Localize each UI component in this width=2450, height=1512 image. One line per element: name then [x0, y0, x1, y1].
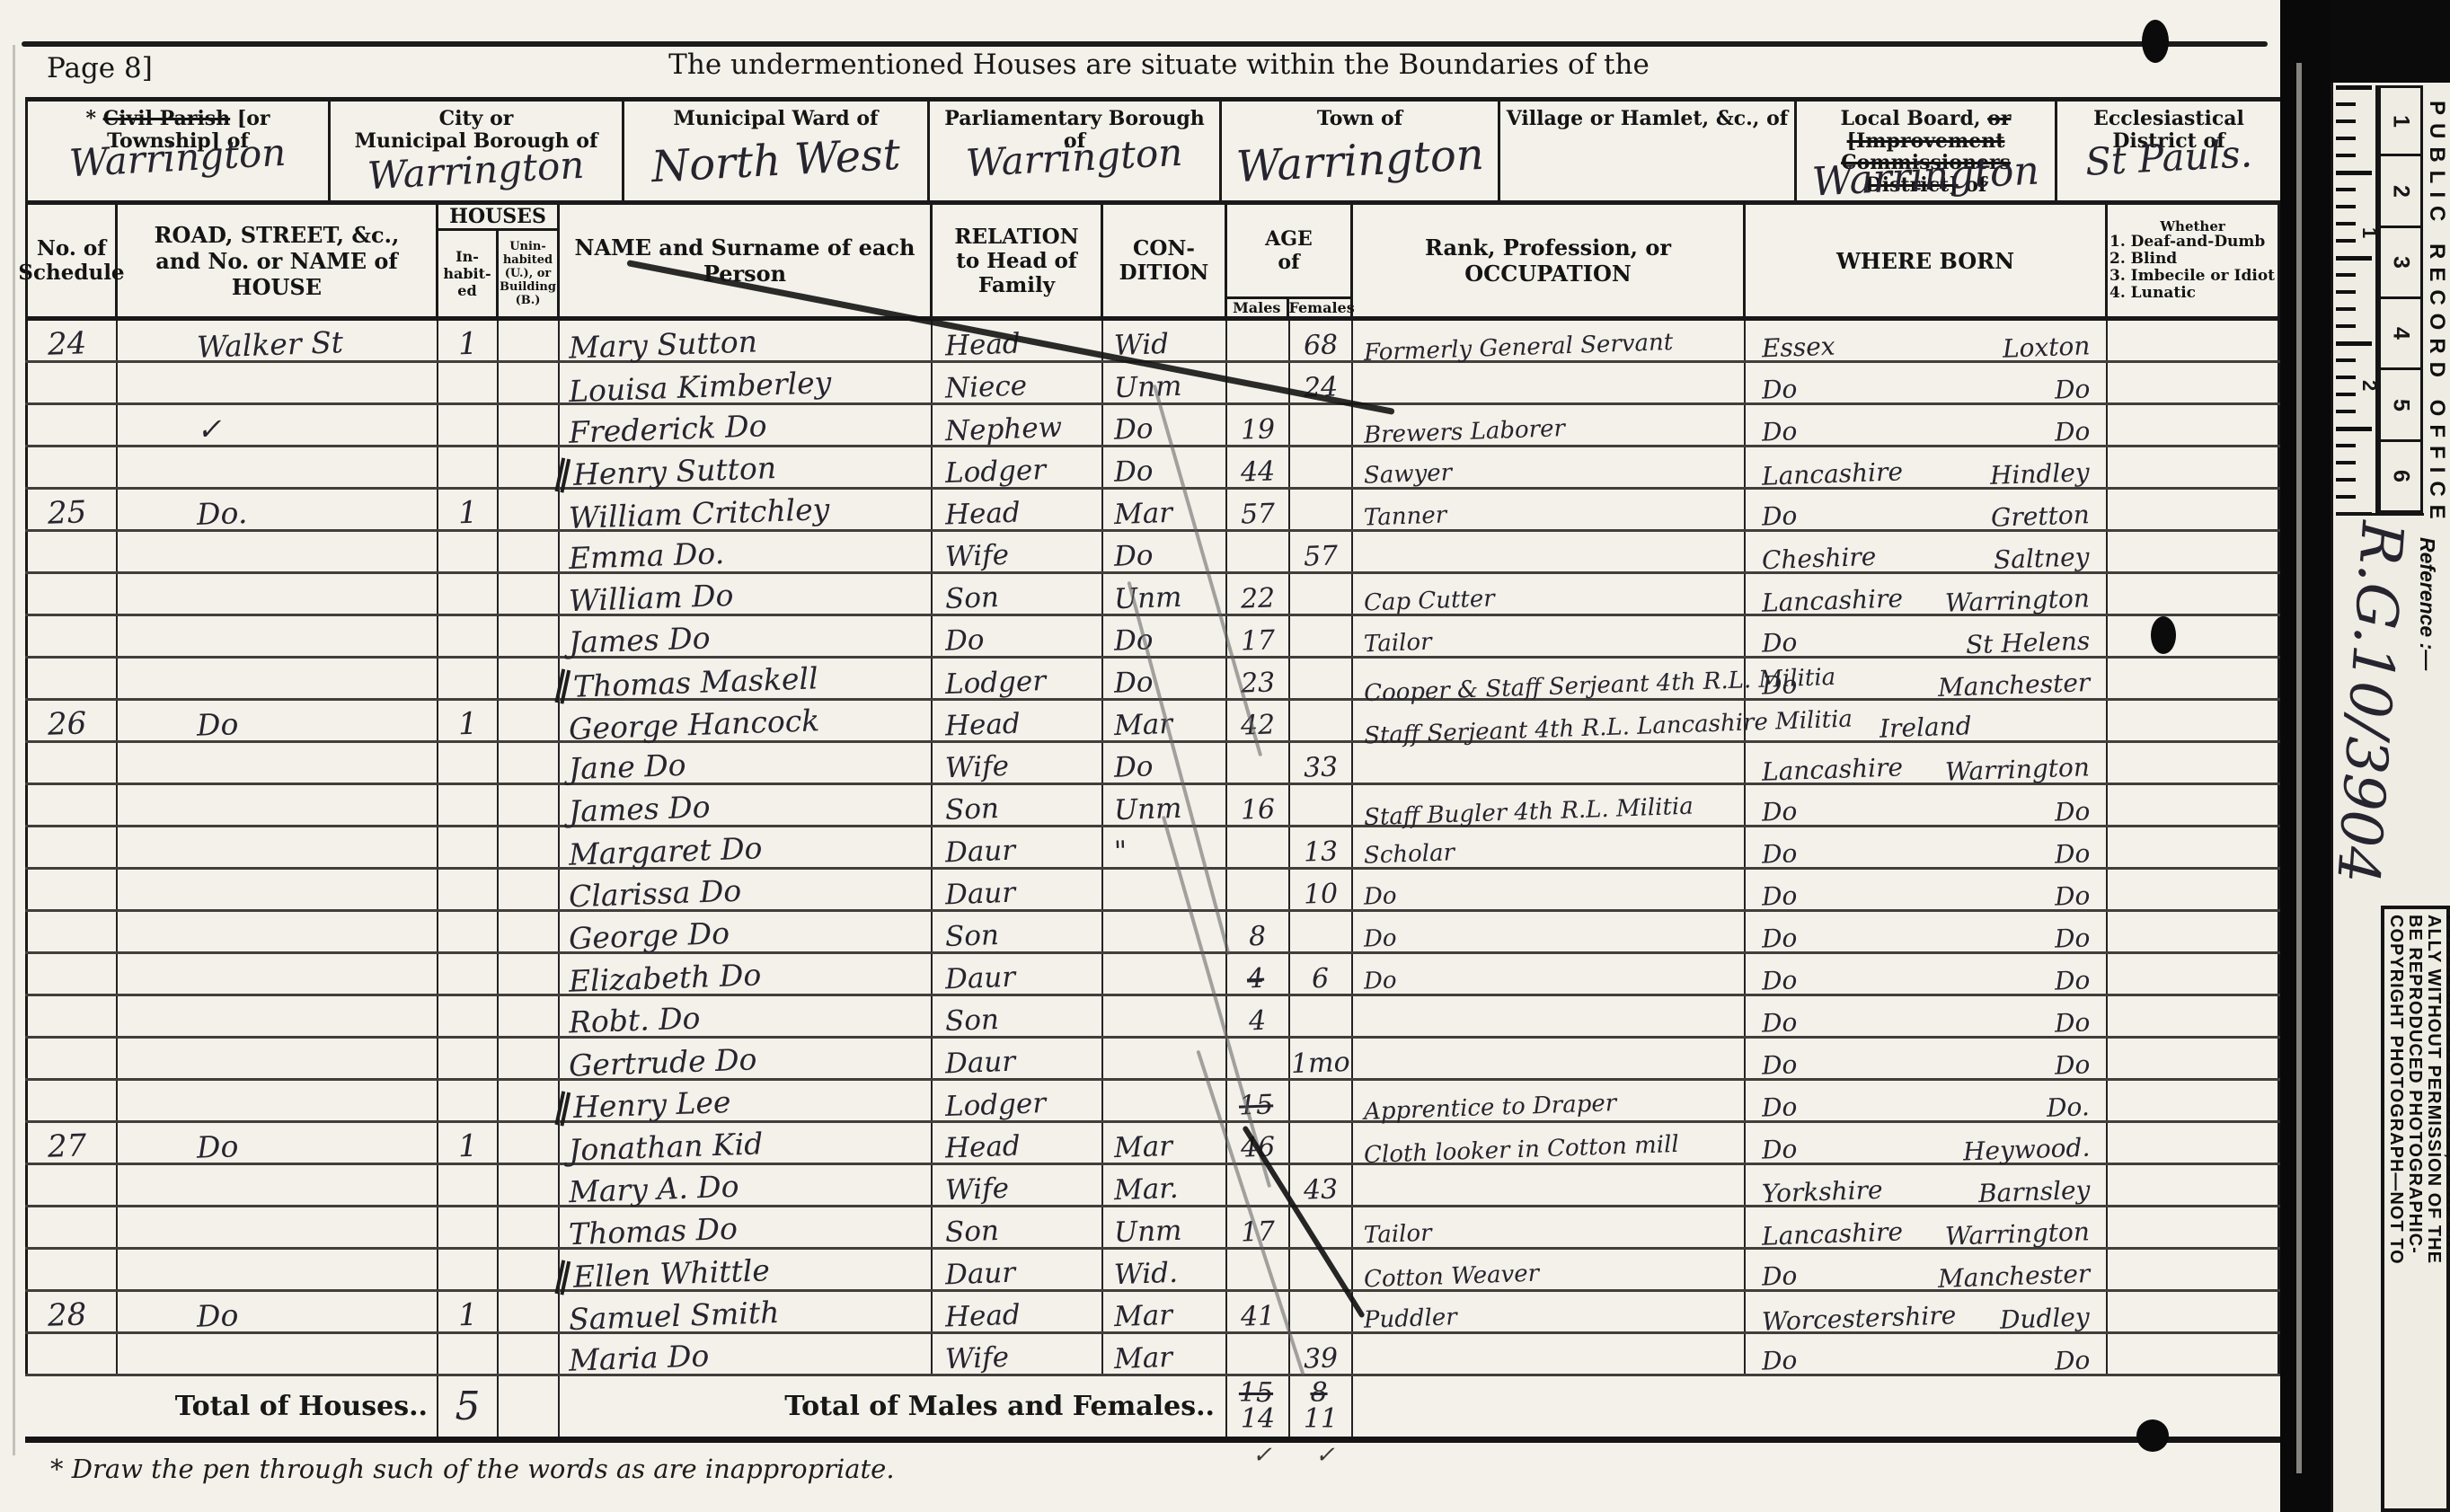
cell-relation: Wife [933, 1165, 1103, 1205]
cell-condition: Do [1103, 447, 1227, 487]
cell-age-females: 1mo [1290, 1039, 1353, 1078]
cell-uninhabited [499, 405, 560, 445]
cell-born: EssexLoxton [1746, 321, 2108, 360]
cell-schedule: 25 [25, 490, 118, 529]
cell-condition: Do [1103, 659, 1227, 698]
cell-name: William Do [560, 574, 933, 614]
cell-uninhabited [499, 532, 560, 571]
total-houses-label: Total of Houses.. [118, 1376, 438, 1437]
cell-born: LancashireWarrington [1746, 1207, 2108, 1247]
cell-inhabited [438, 1081, 499, 1120]
cell-name: George Hancock [560, 701, 933, 740]
cell-blank [25, 1376, 118, 1437]
cell-road [118, 1081, 438, 1120]
cell-relation: Son [933, 1207, 1103, 1247]
cell-inhabited [438, 785, 499, 825]
cell-age-females [1290, 996, 1353, 1036]
form-title: The undermentioned Houses are situate wi… [575, 49, 1743, 81]
cell-infirmity [2108, 954, 2280, 994]
cell-condition: Mar [1103, 1334, 1227, 1374]
cell-occupation [1353, 743, 1746, 783]
cell-road [118, 1039, 438, 1078]
cell-condition: Do [1103, 743, 1227, 783]
col-header-born: WHERE BORN [1746, 205, 2108, 316]
cell-relation: Do [933, 616, 1103, 656]
cell-name: Frederick Do [560, 405, 933, 445]
cell-age-males: 4 [1227, 954, 1290, 994]
cell-schedule [25, 912, 118, 951]
cell-age-females [1290, 616, 1353, 656]
cell-schedule [25, 659, 118, 698]
cell-relation: Head [933, 701, 1103, 740]
cell-age-males [1227, 532, 1290, 571]
ruler-inches: 1 2 3 4 5 6 [2378, 85, 2423, 513]
total-males-females-label: Total of Males and Females.. [560, 1376, 1227, 1437]
cell-occupation [1353, 532, 1746, 571]
cell-age-females [1290, 785, 1353, 825]
cell-road [118, 659, 438, 698]
cell-age-males [1227, 1250, 1290, 1289]
cell-uninhabited [499, 912, 560, 951]
cell-inhabited [438, 827, 499, 867]
pro-office-label: PUBLIC RECORD OFFICE [2424, 101, 2449, 527]
cell-age-females [1290, 1292, 1353, 1331]
cell-name: ‖Henry Sutton [560, 447, 933, 487]
cell-occupation: Apprentice to Draper [1353, 1081, 1746, 1120]
cell-inhabited [438, 616, 499, 656]
cell-schedule [25, 1250, 118, 1289]
cell-inhabited [438, 659, 499, 698]
table-row: Emma Do.WifeDo57CheshireSaltney [25, 532, 2280, 574]
table-row: Robt. DoSon4DoDo [25, 996, 2280, 1039]
cell-occupation [1353, 1039, 1746, 1078]
page-edge [13, 45, 15, 1455]
table-row: Jane DoWifeDo33LancashireWarrington [25, 743, 2280, 785]
cell-age-females [1290, 490, 1353, 529]
table-row: William DoSonUnm22Cap CutterLancashireWa… [25, 574, 2280, 616]
table-row: James DoSonUnm16Staff Bugler 4th R.L. Mi… [25, 785, 2280, 827]
cell-relation: Son [933, 574, 1103, 614]
col-header-condition: CON- DITION [1103, 205, 1227, 316]
scan-dark-band [2280, 0, 2331, 1512]
district-box-borough: City or Municipal Borough of Warrington [331, 102, 624, 200]
cell-uninhabited [499, 363, 560, 402]
cell-inhabited: 1 [438, 321, 499, 360]
ruler-inch-label: 6 [2388, 470, 2414, 482]
col-header-schedule: No. of Schedule [25, 205, 118, 316]
cell-infirmity [2108, 1207, 2280, 1247]
cell-road [118, 785, 438, 825]
cell-uninhabited [499, 490, 560, 529]
cell-schedule: 24 [25, 321, 118, 360]
cell-occupation: Puddler [1353, 1292, 1746, 1331]
cell-occupation: Tailor [1353, 616, 1746, 656]
cell-name: Jane Do [560, 743, 933, 783]
cell-name: Elizabeth Do [560, 954, 933, 994]
check-mark: ✓ [1315, 1445, 1335, 1467]
cell-road [118, 1165, 438, 1205]
cell-born: YorkshireBarnsley [1746, 1165, 2108, 1205]
cell-inhabited: 1 [438, 701, 499, 740]
cell-road [118, 532, 438, 571]
totals-row: Total of Houses.. 5 Total of Males and F… [25, 1376, 2280, 1443]
cell-schedule [25, 954, 118, 994]
cell-infirmity [2108, 1123, 2280, 1163]
cell-road [118, 1250, 438, 1289]
cell-name: Thomas Do [560, 1207, 933, 1247]
table-row: Gertrude DoDaur1moDoDo [25, 1039, 2280, 1081]
cell-relation: Son [933, 996, 1103, 1036]
table-row: 24Walker St1Mary SuttonHeadWid68Formerly… [25, 321, 2280, 363]
cell-infirmity [2108, 574, 2280, 614]
cell-condition: Unm [1103, 1207, 1227, 1247]
cell-relation: Lodger [933, 447, 1103, 487]
cell-born: DoDo [1746, 1039, 2108, 1078]
cell-relation: Head [933, 1123, 1103, 1163]
table-row: Clarissa DoDaur10DoDoDo [25, 870, 2280, 912]
cell-born: DoManchester [1746, 1250, 2108, 1289]
district-box-civil-parish: * Civil Parish [or Township] of Warringt… [25, 102, 331, 200]
cell-name: Mary A. Do [560, 1165, 933, 1205]
district-box-parliamentary: Parliamentary Borough of Warrington [930, 102, 1222, 200]
cell-age-females: 43 [1290, 1165, 1353, 1205]
ink-blob [2136, 1419, 2169, 1452]
cell-inhabited [438, 954, 499, 994]
district-box-ecclesiastical: Ecclesiastical District of St Pauls. [2057, 102, 2280, 200]
census-scan: Page 8] The undermentioned Houses are si… [0, 0, 2450, 1512]
cell-occupation [1353, 363, 1746, 402]
cell-blank [1746, 1376, 2108, 1437]
col-header-houses: HOUSES In- habit- ed Unin- habited (U.),… [438, 205, 560, 316]
cell-road: Do [118, 1292, 438, 1331]
cell-condition: Wid. [1103, 1250, 1227, 1289]
ink-blob [2142, 20, 2169, 63]
total-females-value: 811 ✓ [1290, 1376, 1353, 1437]
cell-infirmity [2108, 321, 2280, 360]
cell-uninhabited [499, 743, 560, 783]
cell-born: DoDo [1746, 363, 2108, 402]
table-row: ‖Henry SuttonLodgerDo44SawyerLancashireH… [25, 447, 2280, 490]
handwritten-value: St Pauls. [2084, 131, 2253, 184]
cell-occupation: Staff Serjeant 4th R.L. Lancashire Milit… [1353, 701, 1746, 740]
cell-born: LancashireWarrington [1746, 743, 2108, 783]
cell-schedule [25, 996, 118, 1036]
cell-inhabited [438, 1039, 499, 1078]
handwritten-value: Warrington [68, 130, 287, 186]
handwritten-value: Warrington [1234, 129, 1484, 192]
table-row: Mary A. DoWifeMar.43YorkshireBarnsley [25, 1165, 2280, 1207]
cell-name: James Do [560, 616, 933, 656]
cell-age-females [1290, 701, 1353, 740]
cell-occupation: Cotton Weaver [1353, 1250, 1746, 1289]
cell-road [118, 1207, 438, 1247]
footnote: * Draw the pen through such of the words… [50, 1454, 895, 1484]
cell-infirmity [2108, 996, 2280, 1036]
district-header: * Civil Parish [or Township] of Warringt… [25, 97, 2280, 205]
cell-born: CheshireSaltney [1746, 532, 2108, 571]
cell-occupation: Do [1353, 954, 1746, 994]
page-number: Page 8] [47, 52, 153, 84]
table-row: ‖Henry LeeLodger15Apprentice to DraperDo… [25, 1081, 2280, 1123]
cell-age-males [1227, 827, 1290, 867]
census-table: No. of Schedule ROAD, STREET, &c., and N… [25, 205, 2280, 1443]
cell-occupation: Formerly General Servant [1353, 321, 1746, 360]
cell-schedule [25, 743, 118, 783]
cell-schedule [25, 447, 118, 487]
handwritten-value: Warrington [367, 143, 586, 199]
cell-infirmity [2108, 1250, 2280, 1289]
cell-age-females [1290, 574, 1353, 614]
cell-blank [499, 1376, 560, 1437]
cell-relation: Wife [933, 1334, 1103, 1374]
cell-born: DoSt Helens [1746, 616, 2108, 656]
cell-road [118, 1334, 438, 1374]
cell-occupation: Staff Bugler 4th R.L. Militia [1353, 785, 1746, 825]
cell-condition: Wid [1103, 321, 1227, 360]
col-header-uninhabited: Unin- habited (U.), or Building (B.) [499, 231, 557, 316]
col-header-relation: RELATION to Head of Family [933, 205, 1103, 316]
cell-infirmity [2108, 827, 2280, 867]
cell-born: DoDo [1746, 827, 2108, 867]
cell-uninhabited [499, 1250, 560, 1289]
census-page: Page 8] The undermentioned Houses are si… [0, 0, 2280, 1512]
cell-inhabited [438, 574, 499, 614]
cell-relation: Niece [933, 363, 1103, 402]
cell-occupation: Scholar [1353, 827, 1746, 867]
cell-age-females [1290, 447, 1353, 487]
cell-relation: Daur [933, 870, 1103, 909]
cell-inhabited [438, 996, 499, 1036]
cell-schedule [25, 363, 118, 402]
table-row: Thomas DoSonUnm17TailorLancashireWarring… [25, 1207, 2280, 1250]
cell-uninhabited [499, 659, 560, 698]
col-header-name: NAME and Surname of each Person [560, 205, 933, 316]
cell-inhabited [438, 447, 499, 487]
cell-inhabited [438, 1165, 499, 1205]
cell-born: DoDo. [1746, 1081, 2108, 1120]
cell-name: ‖Henry Lee [560, 1081, 933, 1120]
cell-infirmity [2108, 912, 2280, 951]
cell-occupation: Sawyer [1353, 447, 1746, 487]
cell-inhabited [438, 743, 499, 783]
cell-name: Gertrude Do [560, 1039, 933, 1078]
cell-schedule [25, 532, 118, 571]
table-header-row: No. of Schedule ROAD, STREET, &c., and N… [25, 205, 2280, 321]
cell-uninhabited [499, 1334, 560, 1374]
cell-infirmity [2108, 1334, 2280, 1374]
cell-condition: Mar. [1103, 1165, 1227, 1205]
cell-schedule: 26 [25, 701, 118, 740]
col-header-age: AGE of Males Females [1227, 205, 1353, 316]
col-header-road: ROAD, STREET, &c., and No. or NAME of HO… [118, 205, 438, 316]
cell-condition [1103, 996, 1227, 1036]
cell-infirmity [2108, 743, 2280, 783]
cell-born: DoDo [1746, 405, 2108, 445]
cell-born: DoDo [1746, 954, 2108, 994]
handwritten-value: Warrington [965, 130, 1184, 186]
cell-road [118, 827, 438, 867]
ink-blob [2151, 616, 2176, 654]
cell-road [118, 743, 438, 783]
table-row: 27Do1Jonathan KidHeadMar46Cloth looker i… [25, 1123, 2280, 1165]
cell-uninhabited [499, 1039, 560, 1078]
cell-schedule [25, 1081, 118, 1120]
cell-inhabited [438, 405, 499, 445]
cell-condition: " [1103, 827, 1227, 867]
cell-relation: Son [933, 912, 1103, 951]
cell-uninhabited [499, 616, 560, 656]
cell-condition: Do [1103, 616, 1227, 656]
top-rule [22, 41, 2268, 47]
cell-road [118, 912, 438, 951]
cell-born: LancashireHindley [1746, 447, 2108, 487]
cell-inhabited: 1 [438, 1292, 499, 1331]
cell-relation: Daur [933, 827, 1103, 867]
cell-name: George Do [560, 912, 933, 951]
cell-condition [1103, 1039, 1227, 1078]
cell-inhabited: 1 [438, 1123, 499, 1163]
cell-schedule [25, 616, 118, 656]
cell-name: William Critchley [560, 490, 933, 529]
cell-relation: Head [933, 1292, 1103, 1331]
cell-age-females [1290, 1123, 1353, 1163]
table-row: Margaret DoDaur"13ScholarDoDo [25, 827, 2280, 870]
cell-age-females: 13 [1290, 827, 1353, 867]
cell-uninhabited [499, 954, 560, 994]
handwritten-value: North West [650, 129, 902, 192]
cell-infirmity [2108, 616, 2280, 656]
reference-label: Reference :— [2415, 537, 2439, 670]
cell-infirmity [2108, 701, 2280, 740]
cell-road: Walker St [118, 321, 438, 360]
cell-born: DoDo [1746, 996, 2108, 1036]
cell-born: DoDo [1746, 785, 2108, 825]
table-row: 25Do.1William CritchleyHeadMar57TannerDo… [25, 490, 2280, 532]
cell-road [118, 870, 438, 909]
cell-inhabited [438, 1250, 499, 1289]
table-row: ‖Ellen WhittleDaurWid.Cotton WeaverDoMan… [25, 1250, 2280, 1292]
cell-born: DoGretton [1746, 490, 2108, 529]
cell-age-males: 16 [1227, 785, 1290, 825]
table-row: 28Do1Samuel SmithHeadMar41PuddlerWorcest… [25, 1292, 2280, 1334]
district-box-village: Village or Hamlet, &c., of [1500, 102, 1797, 200]
cell-schedule [25, 1334, 118, 1374]
cell-occupation: Brewers Laborer [1353, 405, 1746, 445]
col-header-males: Males [1227, 299, 1289, 316]
table-body: 24Walker St1Mary SuttonHeadWid68Formerly… [25, 321, 2280, 1376]
cell-condition: Mar [1103, 1123, 1227, 1163]
cell-uninhabited [499, 1292, 560, 1331]
ruler-inch-label: 4 [2388, 327, 2414, 340]
cell-road: ✓ [118, 405, 438, 445]
cell-occupation: Cap Cutter [1353, 574, 1746, 614]
cell-born: WorcestershireDudley [1746, 1292, 2108, 1331]
cell-uninhabited [499, 1081, 560, 1120]
cell-road [118, 954, 438, 994]
page-edge-sliver [2296, 63, 2302, 1473]
cell-relation: Wife [933, 743, 1103, 783]
cell-occupation: Do [1353, 870, 1746, 909]
cell-age-males: 4 [1227, 996, 1290, 1036]
cell-born: DoHeywood. [1746, 1123, 2108, 1163]
cell-schedule: 27 [25, 1123, 118, 1163]
cell-road [118, 616, 438, 656]
cell-occupation [1353, 996, 1746, 1036]
cell-uninhabited [499, 447, 560, 487]
cell-name: Robt. Do [560, 996, 933, 1036]
col-header-females: Females [1289, 299, 1351, 316]
cell-schedule [25, 785, 118, 825]
cell-infirmity [2108, 1081, 2280, 1120]
cell-infirmity [2108, 405, 2280, 445]
cell-uninhabited [499, 870, 560, 909]
cell-relation: Lodger [933, 1081, 1103, 1120]
cell-infirmity [2108, 659, 2280, 698]
cell-age-females [1290, 405, 1353, 445]
total-houses-value: 5 [438, 1376, 499, 1437]
cell-uninhabited [499, 1165, 560, 1205]
district-box-town: Town of Warrington [1222, 102, 1500, 200]
cell-schedule [25, 405, 118, 445]
cell-relation: Nephew [933, 405, 1103, 445]
cell-name: Emma Do. [560, 532, 933, 571]
cell-condition: Do [1103, 532, 1227, 571]
cell-relation: Head [933, 490, 1103, 529]
cell-age-males: 44 [1227, 447, 1290, 487]
cell-relation: Daur [933, 954, 1103, 994]
cell-schedule [25, 1039, 118, 1078]
cell-uninhabited [499, 701, 560, 740]
cell-schedule [25, 574, 118, 614]
cell-born: DoDo [1746, 1334, 2108, 1374]
cell-inhabited [438, 912, 499, 951]
cell-relation: Daur [933, 1039, 1103, 1078]
cell-inhabited: 1 [438, 490, 499, 529]
cell-age-males: 22 [1227, 574, 1290, 614]
table-row: Elizabeth DoDaur46DoDoDo [25, 954, 2280, 996]
cell-inhabited [438, 870, 499, 909]
cell-infirmity [2108, 532, 2280, 571]
cell-condition [1103, 912, 1227, 951]
cell-occupation: Cooper & Staff Serjeant 4th R.L. Militia [1353, 659, 1746, 698]
cell-name: Mary Sutton [560, 321, 933, 360]
cell-infirmity [2108, 447, 2280, 487]
cell-born: Ireland [1746, 701, 2108, 740]
cell-uninhabited [499, 574, 560, 614]
cell-schedule [25, 1165, 118, 1205]
handwritten-value: Warrington [1811, 147, 2040, 205]
cell-uninhabited [499, 785, 560, 825]
cell-infirmity [2108, 1292, 2280, 1331]
col-header-inhabited: In- habit- ed [438, 231, 499, 316]
cell-occupation: Tanner [1353, 490, 1746, 529]
cell-infirmity [2108, 870, 2280, 909]
district-box-ward: Municipal Ward of North West [624, 102, 930, 200]
cell-schedule [25, 1207, 118, 1247]
cell-infirmity [2108, 1165, 2280, 1205]
cell-occupation [1353, 1334, 1746, 1374]
table-row: ✓Frederick DoNephewDo19Brewers LaborerDo… [25, 405, 2280, 447]
cell-road: Do [118, 701, 438, 740]
cell-age-males: 42 [1227, 701, 1290, 740]
table-row: 26Do1George HancockHeadMar42Staff Serjea… [25, 701, 2280, 743]
cell-road: Do. [118, 490, 438, 529]
cell-name: Clarissa Do [560, 870, 933, 909]
cell-age-males: 19 [1227, 405, 1290, 445]
cell-name: ‖Ellen Whittle [560, 1250, 933, 1289]
scan-dark-corner [2331, 0, 2450, 83]
cell-name: Louisa Kimberley [560, 363, 933, 402]
